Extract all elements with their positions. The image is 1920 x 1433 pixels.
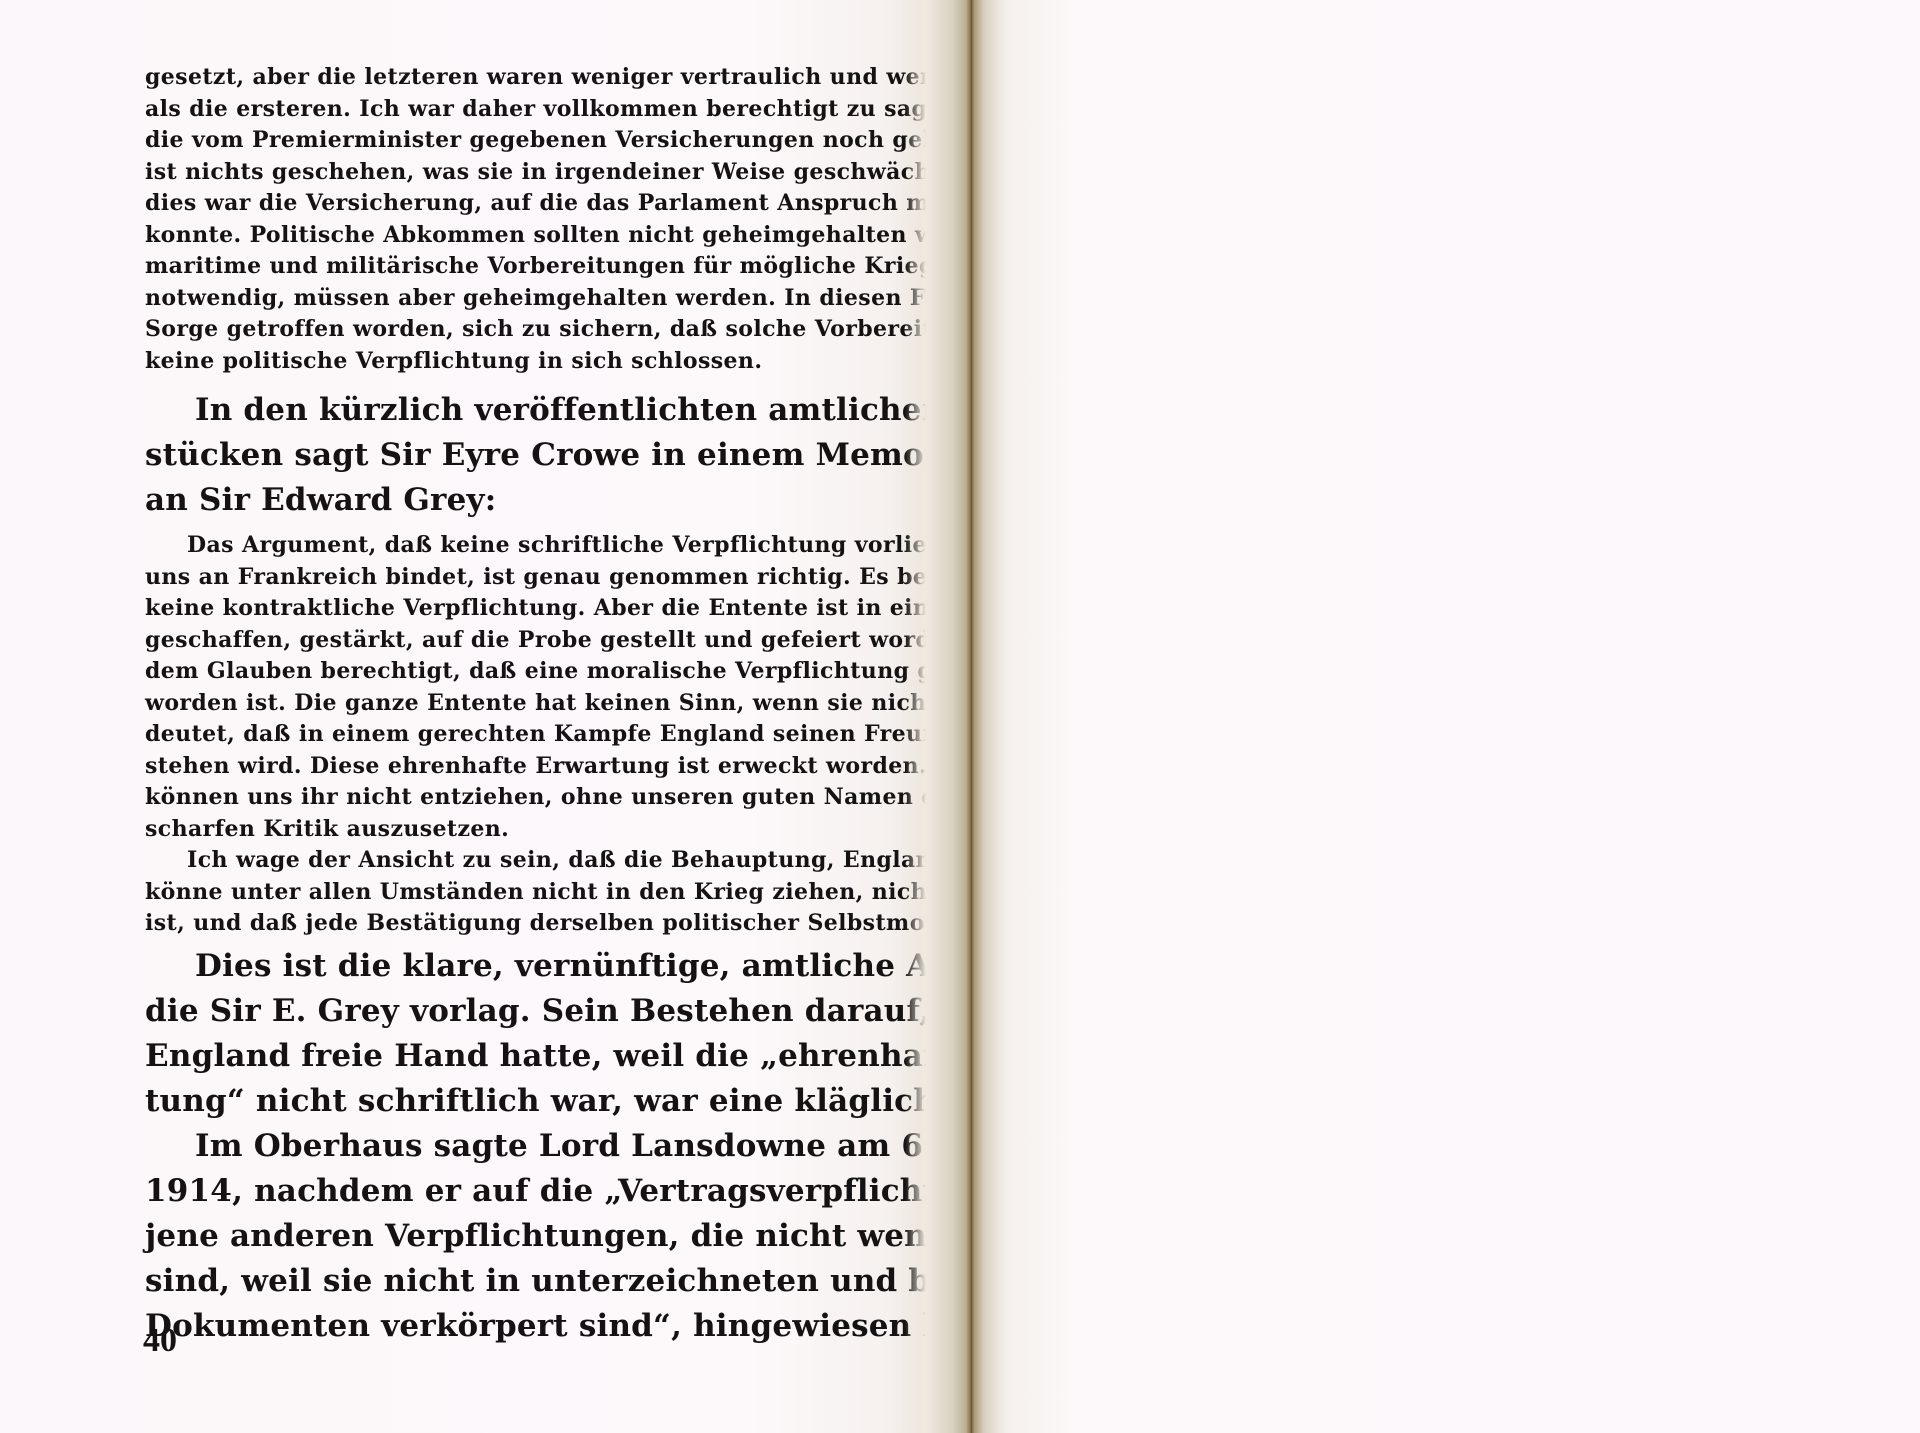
text-line: England freie Hand hatte, weil die „ehre…: [145, 1034, 885, 1079]
quote-block: Ich wage der Ansicht zu sein, daß die Be…: [145, 845, 885, 940]
body-paragraph: In den kürzlich veröffentlichten amtlich…: [145, 388, 885, 523]
left-page: gesetzt, aber die letzteren waren wenige…: [0, 0, 935, 1433]
text-line: maritime und militärische Vorbereitungen…: [145, 251, 885, 283]
text-line: 1914, nachdem er auf die „Vertragsverpfl…: [145, 1169, 885, 1214]
right-page: Unter die eine Kategorie fallen unsere V…: [935, 0, 1920, 1433]
text-line: können uns ihr nicht entziehen, ohne uns…: [145, 782, 885, 814]
text-line: Im Oberhaus sagte Lord Lansdowne am 6. A…: [145, 1124, 885, 1169]
text-line: In den kürzlich veröffentlichten amtlich…: [145, 388, 885, 433]
text-line: keine kontraktliche Verpflichtung. Aber …: [145, 593, 885, 625]
text-line: dies war die Versicherung, auf die das P…: [145, 188, 885, 220]
text-line: Dies ist die klare, vernünftige, amtlich…: [145, 944, 885, 989]
quote-block: gesetzt, aber die letzteren waren wenige…: [145, 62, 885, 377]
body-paragraph: Dies ist die klare, vernünftige, amtlich…: [145, 944, 885, 1124]
text-line: stehen wird. Diese ehrenhafte Erwartung …: [145, 751, 885, 783]
text-line: tung“ nicht schriftlich war, war eine kl…: [145, 1079, 885, 1124]
text-line: gesetzt, aber die letzteren waren wenige…: [145, 62, 885, 94]
text-line: ist nichts geschehen, was sie in irgende…: [145, 157, 885, 189]
text-line: geschaffen, gestärkt, auf die Probe gest…: [145, 625, 885, 657]
book-spread: gesetzt, aber die letzteren waren wenige…: [0, 0, 1920, 1433]
text-line: die vom Premierminister gegebenen Versic…: [145, 125, 885, 157]
text-line: konnte. Politische Abkommen sollten nich…: [145, 220, 885, 252]
text-line: als die ersteren. Ich war daher vollkomm…: [145, 94, 885, 126]
text-line: notwendig, müssen aber geheimgehalten we…: [145, 283, 885, 315]
text-line: jene anderen Verpflichtungen, die nicht …: [145, 1214, 885, 1259]
text-line: Ich wage der Ansicht zu sein, daß die Be…: [145, 845, 885, 877]
text-line: ist, und daß jede Bestätigung derselben …: [145, 908, 885, 940]
text-line: an Sir Edward Grey:: [145, 478, 885, 523]
text-line: Das Argument, daß keine schriftliche Ver…: [145, 530, 885, 562]
book-gutter: [905, 0, 1010, 1433]
text-line: worden ist. Die ganze Entente hat keinen…: [145, 688, 885, 720]
text-line: stücken sagt Sir Eyre Crowe in einem Mem…: [145, 433, 885, 478]
text-line: deutet, daß in einem gerechten Kampfe En…: [145, 719, 885, 751]
body-paragraph: Im Oberhaus sagte Lord Lansdowne am 6. A…: [145, 1124, 885, 1349]
text-line: dem Glauben berechtigt, daß eine moralis…: [145, 656, 885, 688]
text-line: Dokumenten verkörpert sind“, hingewiesen…: [145, 1304, 885, 1349]
page-number-left: 40: [143, 1322, 177, 1360]
text-line: Sorge getroffen worden, sich zu sichern,…: [145, 314, 885, 346]
text-line: scharfen Kritik auszusetzen.: [145, 814, 885, 846]
text-line: uns an Frankreich bindet, ist genau geno…: [145, 562, 885, 594]
text-line: könne unter allen Umständen nicht in den…: [145, 877, 885, 909]
text-line: die Sir E. Grey vorlag. Sein Bestehen da…: [145, 989, 885, 1034]
text-line: keine politische Verpflichtung in sich s…: [145, 346, 885, 378]
quote-block: Das Argument, daß keine schriftliche Ver…: [145, 530, 885, 845]
text-line: sind, weil sie nicht in unterzeichneten …: [145, 1259, 885, 1304]
